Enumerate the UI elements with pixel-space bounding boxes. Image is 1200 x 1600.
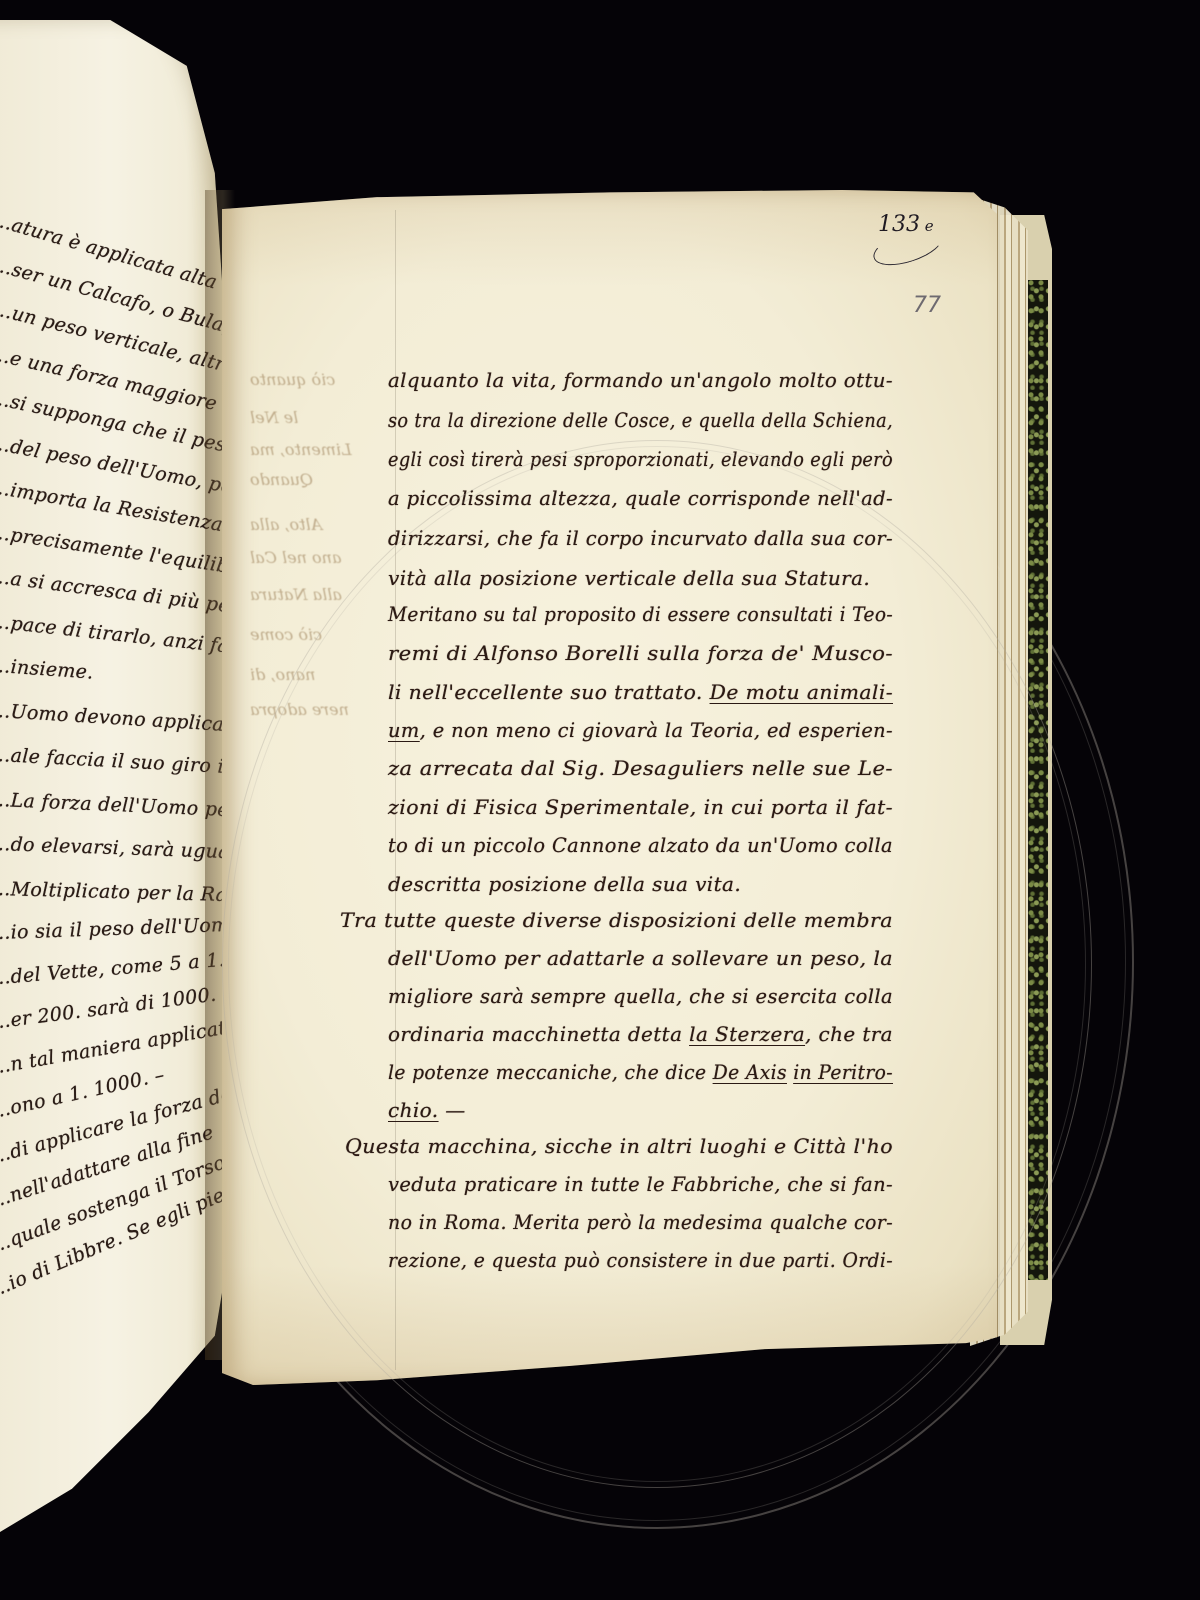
manuscript-line: li nell'eccellente suo trattato. De motu… xyxy=(388,680,893,704)
manuscript-line: descritta posizione della sua vita. xyxy=(388,872,741,896)
bleed-through-line: nere adopra xyxy=(250,700,349,719)
manuscript-line: remi di Alfonso Borelli sulla forza de' … xyxy=(388,641,893,665)
manuscript-line: to di un piccolo Cannone alzato da un'Uo… xyxy=(388,833,893,857)
manuscript-line: alquanto la vita, formando un'angolo mol… xyxy=(388,368,893,392)
manuscript-line: dirizzarsi, che fa il corpo incurvato da… xyxy=(388,526,893,550)
manuscript-line: le potenze meccaniche, che dice De Axis … xyxy=(388,1060,893,1084)
manuscript-line: um, e non meno ci giovarà la Teoria, ed … xyxy=(388,718,893,742)
manuscript-line: chio. — xyxy=(388,1098,466,1122)
manuscript-photo: ..atura è applicata alta..ser un Calcafo… xyxy=(0,0,1200,1600)
manuscript-line: so tra la direzione delle Cosce, e quell… xyxy=(388,408,893,432)
bleed-through-line: ciò quanto xyxy=(250,370,335,389)
gutter-shadow xyxy=(205,190,235,1360)
manuscript-line: zioni di Fisica Sperimentale, in cui por… xyxy=(388,795,893,819)
marbled-cover xyxy=(1028,280,1048,1280)
manuscript-line: a piccolissima altezza, quale corrispond… xyxy=(388,486,893,510)
bleed-through-line: Alto, alla xyxy=(250,515,322,534)
manuscript-line: za arrecata dal Sig. Desaguliers nelle s… xyxy=(388,756,893,780)
underlined-title: chio. xyxy=(388,1098,439,1122)
manuscript-line: dell'Uomo per adattarle a sollevare un p… xyxy=(388,946,893,970)
bleed-through-line: nano, di xyxy=(250,665,315,684)
manuscript-line: rezione, e questa può consistere in due … xyxy=(388,1248,893,1272)
underlined-title: um xyxy=(388,718,420,742)
underlined-title: De motu animali- xyxy=(710,680,893,704)
underlined-title: la Sterzera xyxy=(689,1022,805,1046)
bleed-through-line: le Nel xyxy=(250,408,298,427)
manuscript-line: vità alla posizione verticale della sua … xyxy=(388,566,870,590)
bleed-through-line: ano nel Cal xyxy=(250,548,341,567)
underlined-title: in Peritro- xyxy=(793,1060,893,1084)
bleed-through-line: Quando xyxy=(250,470,313,489)
manuscript-line: Tra tutte queste diverse disposizioni de… xyxy=(340,908,893,932)
bleed-through-line: Limento, ma xyxy=(250,440,352,459)
manuscript-line: ordinaria macchinetta detta la Sterzera,… xyxy=(388,1022,893,1046)
bleed-through-line: alla Natura xyxy=(250,585,342,604)
manuscript-line: no in Roma. Merita però la medesima qual… xyxy=(388,1210,893,1234)
manuscript-line: veduta praticare in tutte le Fabbriche, … xyxy=(388,1172,893,1196)
underlined-title: De Axis xyxy=(713,1060,787,1084)
pencil-foliation: 77 xyxy=(913,293,941,318)
manuscript-line: egli così tirerà pesi sproporzionati, el… xyxy=(388,447,893,471)
manuscript-line: Questa macchina, sicche in altri luoghi … xyxy=(345,1134,893,1158)
manuscript-line: Meritano su tal proposito di essere cons… xyxy=(388,602,893,626)
manuscript-line: migliore sarà sempre quella, che si eser… xyxy=(388,984,893,1008)
bleed-through-line: ciò come xyxy=(250,625,322,644)
